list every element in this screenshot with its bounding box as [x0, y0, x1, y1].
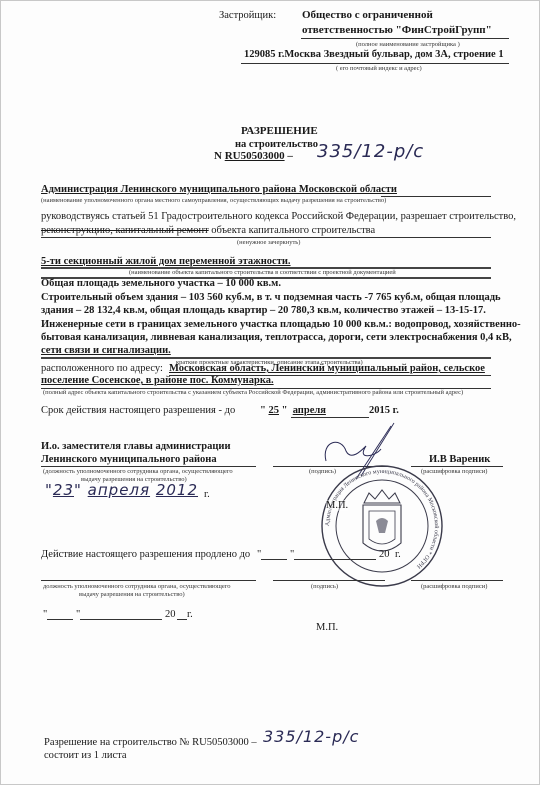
location-label: расположенного по адресу: — [41, 363, 163, 374]
authority-caption: (наименование уполномоченного органа мес… — [41, 197, 386, 204]
developer-address-caption: ( его почтовый индекс и адрес) — [336, 65, 422, 72]
extension-month-field — [294, 559, 376, 560]
location-address-line2: поселение Сосенское, в районе пос. Комму… — [41, 375, 274, 386]
developer-name-line2: ответственностью "ФинСтройГрупп" — [302, 24, 492, 36]
permit-document: Застройщик: Общество с ограниченной отве… — [0, 0, 540, 785]
object-name: 5-ти секционный жилой дом переменной эта… — [41, 256, 291, 267]
developer-name-underline — [301, 38, 509, 39]
official-seal-icon: Администрация Ленинского муниципального … — [319, 463, 445, 589]
validity-month: апреля — [293, 405, 326, 416]
extension-date-year: 20 — [165, 609, 176, 620]
footer-line1: Разрешение на строительство № RU50503000… — [44, 737, 257, 748]
issue-year: 2012 — [156, 481, 198, 499]
extension-name-field — [411, 580, 503, 581]
footer-handwritten-number: 335/12-р/с — [263, 727, 359, 746]
extension-position-caption: должность уполномоченного сотрудника орг… — [43, 583, 231, 590]
issue-date-suffix: г. — [204, 489, 210, 500]
basis-line2: реконструкцию, капитальный ремонт объект… — [41, 225, 375, 236]
extension-label: Действие настоящего разрешения продлено … — [41, 549, 250, 560]
location-caption: (полный адрес объекта капитального строи… — [43, 389, 463, 396]
validity-date: " 25 " апреля — [260, 405, 326, 416]
extension-day-field — [261, 559, 287, 560]
developer-name-caption: (полное наименование застройщика ) — [356, 41, 460, 48]
developer-name-line1: Общество с ограниченной — [302, 9, 433, 21]
permit-number-handwritten: 335/12-р/с — [317, 141, 424, 162]
issue-date: "23" апреля 2012 — [45, 481, 198, 499]
footer-line2: состоит из 1 листа — [44, 750, 127, 761]
stamp-label: М.П. — [326, 500, 348, 511]
extension-signature-field — [273, 580, 385, 581]
validity-label: Срок действия настоящего разрешения - до — [41, 405, 235, 416]
permit-number-printed: RU50503000 — [225, 150, 285, 162]
extension-year: 20 — [379, 549, 390, 560]
characteristic-line: бытовая канализация, ливневая канализаци… — [41, 332, 512, 343]
authority-name: Администрация Ленинского муниципального … — [41, 184, 397, 195]
basis-line1: руководствуясь статьей 51 Градостроитель… — [41, 211, 516, 222]
signatory-position-line1: И.о. заместителя главы администрации — [41, 441, 231, 452]
signatory-position-line2: Ленинского муниципального района — [41, 454, 217, 465]
extension-name-caption: (расшифровка подписи) — [421, 583, 487, 590]
characteristic-line: здания – 28 132,4 кв.м, общая площадь кв… — [41, 305, 486, 316]
permit-subheading: на строительство — [235, 139, 318, 150]
permit-number: N RU50503000 – — [214, 150, 293, 162]
extension-position-field — [41, 580, 256, 581]
object-name-caption: (наименование объекта капитального строи… — [129, 269, 396, 276]
validity-year: 2015 г. — [369, 405, 399, 416]
extension-position-caption: выдачу разрешения на строительство) — [79, 591, 185, 598]
developer-address-underline — [241, 63, 509, 64]
characteristic-line: Строительный объем здания – 103 560 куб.… — [41, 292, 501, 303]
validity-month-underline — [291, 417, 369, 418]
extension-date-month-field — [80, 619, 162, 620]
characteristic-line: сети связи и сигнализации. — [41, 345, 171, 356]
validity-day: 25 — [268, 405, 279, 416]
issue-day: 23 — [53, 481, 74, 499]
location-address-line1: Московская область, Ленинский муниципаль… — [169, 363, 485, 374]
extension-signature-caption: (подпись) — [311, 583, 338, 590]
developer-address: 129085 г.Москва Звездный бульвар, дом 3А… — [244, 49, 504, 60]
signatory-position-caption: (должность уполномоченного сотрудника ор… — [43, 468, 233, 475]
extension-stamp-label: М.П. — [316, 622, 338, 633]
basis-underline — [41, 237, 491, 238]
developer-label: Застройщик: — [219, 10, 276, 21]
extension-date-day-field — [47, 619, 73, 620]
basis-struck-text: реконструкцию, капитальный ремонт — [41, 225, 209, 236]
basis-caption: (ненужное зачеркнуть) — [237, 239, 300, 246]
authority-underline — [381, 196, 491, 197]
permit-heading: РАЗРЕШЕНИЕ — [241, 125, 318, 137]
signatory-position-underline — [41, 466, 256, 467]
characteristic-line: Инженерные сети в границах земельного уч… — [41, 319, 521, 330]
issue-month: апреля — [88, 481, 150, 499]
characteristic-line: Общая площадь земельного участка – 10 00… — [41, 278, 281, 289]
